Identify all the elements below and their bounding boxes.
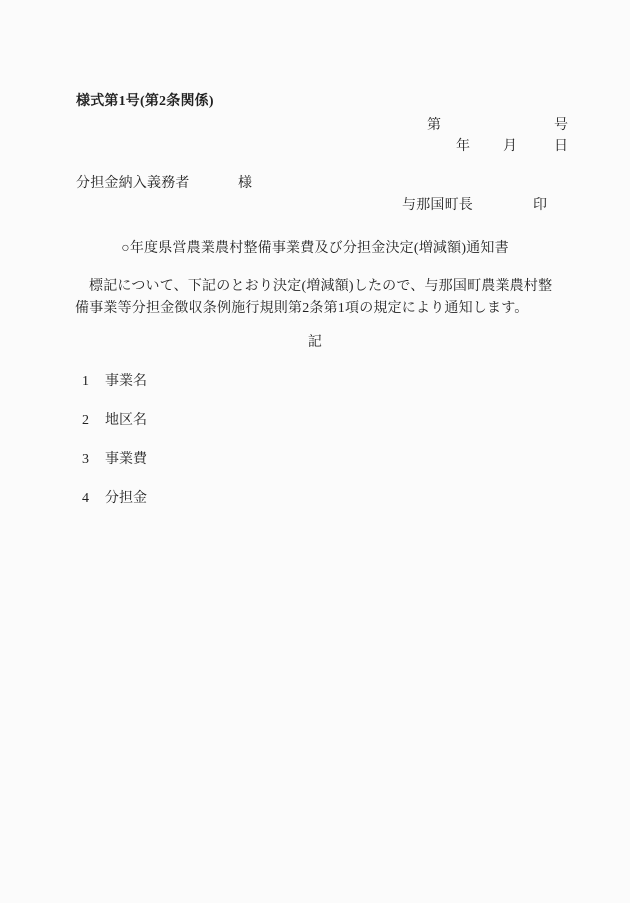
record-marker: 記: [0, 333, 630, 352]
addressee-label: 分担金納入義務者: [76, 174, 190, 193]
list-item-label: 事業費: [105, 452, 147, 467]
document-title: ○年度県営農業農村整備事業費及び分担金決定(増減額)通知書: [0, 239, 630, 258]
date-day-label: 日: [554, 137, 568, 156]
list-item: 2地区名: [82, 411, 147, 430]
list-item-number: 3: [82, 450, 105, 469]
list-item: 3事業費: [82, 450, 147, 469]
doc-number-suffix: 号: [554, 116, 568, 135]
date-year-label: 年: [456, 137, 470, 156]
list-item-label: 分担金: [105, 491, 147, 506]
body-paragraph-line2: 備事業等分担金徴収条例施行規則第2条第1項の規定により通知します。: [75, 299, 528, 318]
date-month-label: 月: [503, 137, 517, 156]
body-paragraph-line1: 標記について、下記のとおり決定(増減額)したので、与那国町農業農村整: [89, 277, 552, 296]
issuer-name: 与那国町長: [402, 196, 473, 215]
addressee-honorific: 様: [238, 174, 252, 193]
list-item: 1事業名: [82, 372, 147, 391]
form-number-label: 様式第1号(第2条関係): [76, 92, 214, 111]
list-item-label: 地区名: [105, 413, 147, 428]
list-item-number: 4: [82, 489, 105, 508]
list-item: 4分担金: [82, 489, 147, 508]
list-item-number: 2: [82, 411, 105, 430]
list-item-label: 事業名: [105, 374, 147, 389]
issuer-seal-mark: 印: [533, 196, 547, 215]
document-page: 様式第1号(第2条関係) 第 号 年 月 日 分担金納入義務者 様 与那国町長 …: [0, 0, 630, 903]
list-item-number: 1: [82, 372, 105, 391]
doc-number-prefix: 第: [427, 116, 441, 135]
